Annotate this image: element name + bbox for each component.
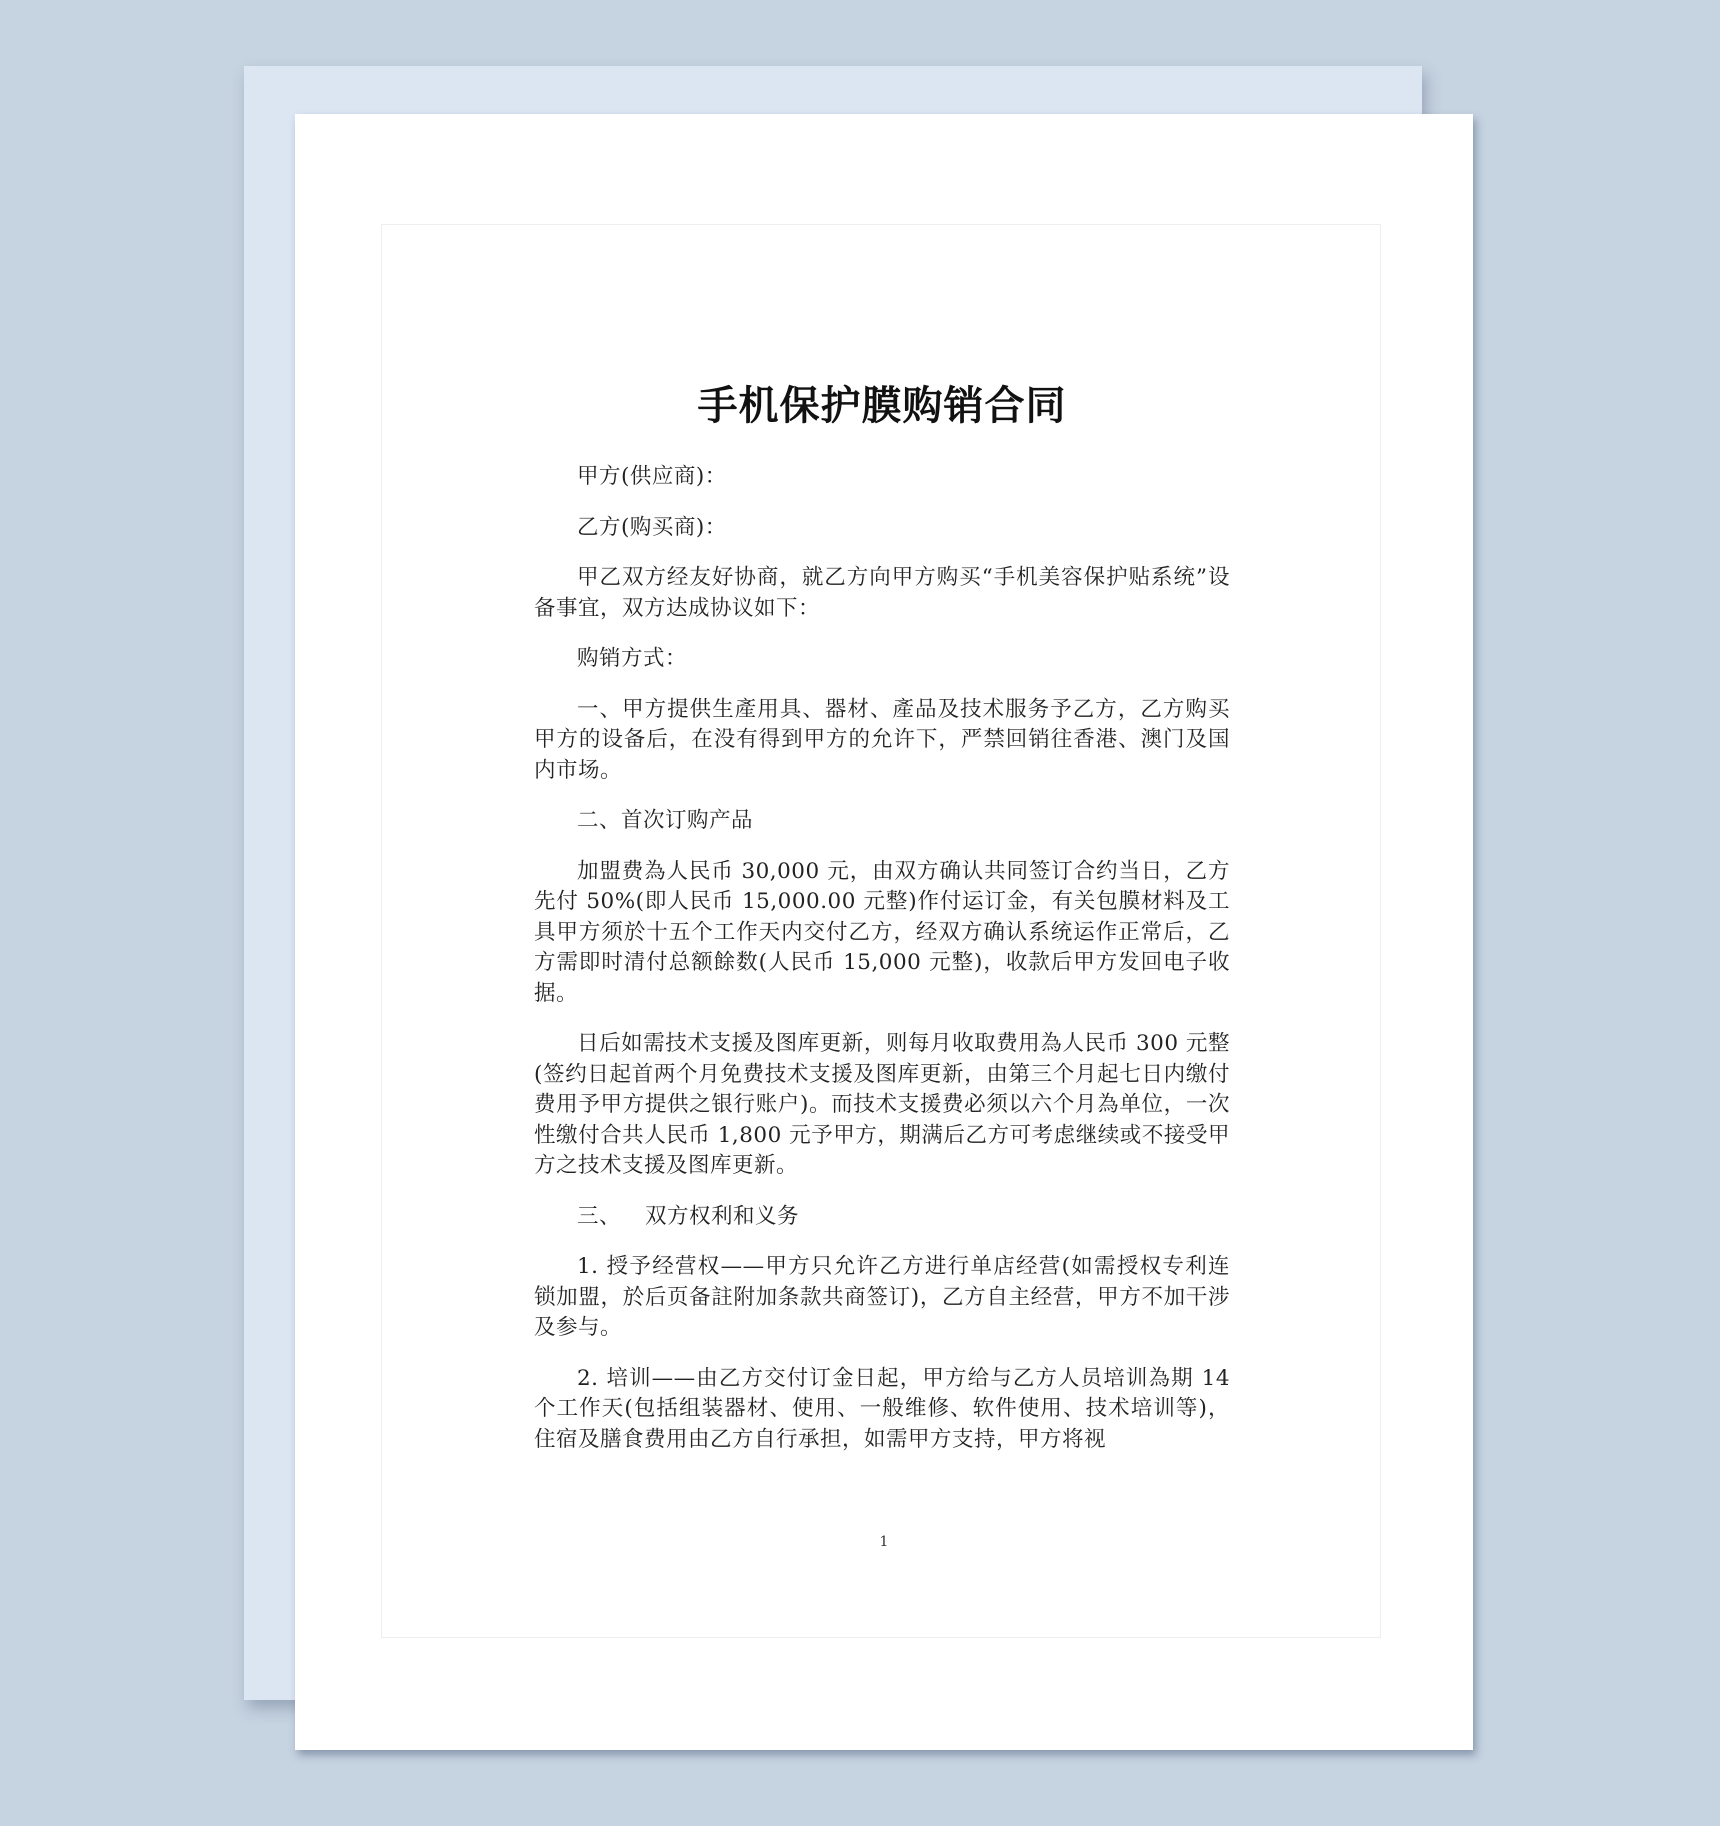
party-b-line: 乙方(购买商)：	[534, 513, 1230, 544]
page-number: 1	[295, 1534, 1473, 1550]
section-3-title: 双方权利和义务	[645, 1204, 799, 1229]
section-3-heading: 三、双方权利和义务	[534, 1202, 1230, 1233]
section-1-paragraph: 一、甲方提供生產用具、器材、產品及技术服务予乙方，乙方购买甲方的设备后，在没有得…	[534, 695, 1230, 787]
method-heading: 购销方式：	[534, 644, 1230, 675]
clause-2-paragraph: 2. 培训——由乙方交付订金日起，甲方给与乙方人员培训為期 14 个工作天(包括…	[534, 1364, 1230, 1456]
section-2-fee-paragraph: 加盟费為人民币 30,000 元，由双方确认共同签订合约当日，乙方先付 50%(…	[534, 857, 1230, 1010]
section-3-number: 三、	[577, 1204, 621, 1229]
party-a-line: 甲方(供应商)：	[534, 462, 1230, 493]
document-body: 手机保护膜购销合同 甲方(供应商)： 乙方(购买商)： 甲乙双方经友好协商，就乙…	[534, 376, 1230, 1475]
section-2-heading: 二、首次订购产品	[534, 806, 1230, 837]
clause-1-paragraph: 1. 授予经营权——甲方只允许乙方进行单店经营(如需授权专利连锁加盟，於后页备註…	[534, 1252, 1230, 1344]
document-title: 手机保护膜购销合同	[534, 376, 1230, 436]
section-2-support-paragraph: 日后如需技术支援及图库更新，则每月收取费用為人民币 300 元整(签约日起首两个…	[534, 1029, 1230, 1182]
front-page-sheet: 手机保护膜购销合同 甲方(供应商)： 乙方(购买商)： 甲乙双方经友好协商，就乙…	[295, 114, 1473, 1750]
intro-paragraph: 甲乙双方经友好协商，就乙方向甲方购买“手机美容保护贴系统”设备事宜，双方达成协议…	[534, 563, 1230, 624]
